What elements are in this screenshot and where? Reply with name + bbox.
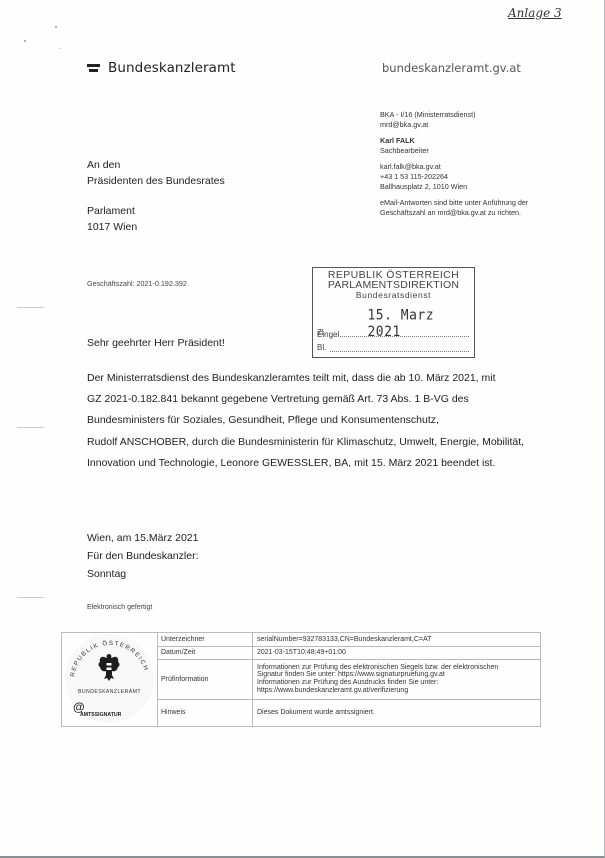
official-seal: REPUBLIK ÖSTERREICH BUNDESKANZLERAMT @ A… bbox=[62, 633, 158, 726]
scan-speck bbox=[55, 26, 57, 28]
reply-note: eMail-Antworten sind bitte unter Anführu… bbox=[380, 198, 528, 207]
handwritten-annotation: Anlage 3 bbox=[508, 6, 562, 20]
reply-note: Geschäftszahl an mrd@bka.gv.at zu richte… bbox=[380, 208, 521, 217]
signature-row-verification: Prüfinformation Informationen zur Prüfun… bbox=[157, 659, 540, 700]
eagle-coat-of-arms-icon bbox=[97, 651, 121, 683]
stamp-bl-label: Bl. bbox=[317, 343, 326, 352]
row-value: Dieses Dokument wurde amtssigniert. bbox=[253, 699, 540, 726]
signature-table: REPUBLIK ÖSTERREICH BUNDESKANZLERAMT @ A… bbox=[61, 632, 541, 727]
row-value: Informationen zur Prüfung des elektronis… bbox=[253, 659, 540, 699]
stamp-zl-label: Zl. bbox=[317, 328, 326, 337]
body-line: GZ 2021-0.182.841 bekannt gegebene Vertr… bbox=[87, 389, 605, 410]
recipient-line: An den bbox=[87, 159, 120, 171]
body-line: Bundesministers für Soziales, Gesundheit… bbox=[87, 410, 605, 431]
bka-logo-icon bbox=[87, 64, 100, 73]
row-key: Unterzeichner bbox=[157, 633, 253, 646]
sender-department: BKA - I/16 (Ministerratsdienst) bbox=[380, 110, 475, 119]
signer-name: Sonntag bbox=[87, 565, 198, 583]
signature-row-signer: Unterzeichner serialNumber=932783133,CN=… bbox=[157, 633, 540, 647]
salutation: Sehr geehrter Herr Präsident! bbox=[87, 337, 225, 349]
row-value: serialNumber=932783133,CN=Bundeskanzlera… bbox=[253, 633, 540, 646]
verification-line: Signatur finden Sie unter: https://www.s… bbox=[257, 671, 498, 679]
body-line: Innovation und Technologie, Leonore GEWE… bbox=[87, 453, 605, 474]
reference-number: Geschäftszahl: 2021-0.192.392 bbox=[87, 279, 187, 288]
receipt-stamp: REPUBLIK ÖSTERREICH PARLAMENTSDIREKTION … bbox=[312, 267, 475, 358]
body-line: Rudolf ANSCHOBER, durch die Bundesminist… bbox=[87, 432, 605, 453]
body-line: Der Ministerratsdienst des Bundeskanzler… bbox=[87, 368, 605, 389]
row-key: Hinweis bbox=[157, 699, 253, 726]
stamp-bl-row: Bl. bbox=[317, 343, 469, 352]
stamp-zl-row: Zl. bbox=[317, 328, 469, 337]
fold-mark bbox=[17, 307, 44, 308]
seal-org-text: BUNDESKANZLERAMT bbox=[62, 689, 157, 695]
sender-block: BKA - I/16 (Ministerratsdienst) mrd@bka.… bbox=[380, 110, 528, 224]
website-url: bundeskanzleramt.gv.at bbox=[382, 61, 521, 75]
stamp-dotted-line bbox=[330, 328, 469, 337]
verification-line: Informationen zur Prüfung des elektronis… bbox=[257, 664, 498, 672]
bka-logo: Bundeskanzleramt bbox=[87, 60, 236, 76]
amtssignatur-badge: AMTSSIGNATUR bbox=[80, 712, 121, 718]
sender-department-email: mrd@bka.gv.at bbox=[380, 120, 428, 129]
handwritten-text: Anlage 3 bbox=[508, 6, 562, 20]
recipient-line: 1017 Wien bbox=[87, 221, 137, 233]
stamp-dotted-line bbox=[330, 343, 469, 352]
fold-mark bbox=[17, 597, 44, 598]
stamp-line: PARLAMENTSDIREKTION bbox=[313, 280, 474, 290]
recipient-line: Präsidenten des Bundesrates bbox=[87, 175, 225, 187]
verification-line: Informationen zur Prüfung des Ausdrucks … bbox=[257, 679, 498, 687]
on-behalf: Für den Bundeskanzler: bbox=[87, 547, 198, 565]
closing-block: Wien, am 15.März 2021 Für den Bundeskanz… bbox=[87, 529, 198, 583]
stamp-line: Bundesratsdienst bbox=[313, 290, 474, 300]
scan-speck bbox=[60, 48, 61, 49]
sender-phone: +43 1 53 115-202264 bbox=[380, 172, 448, 181]
sender-name: Karl FALK bbox=[380, 136, 415, 145]
row-key: Prüfinformation bbox=[157, 659, 253, 699]
electronically-signed-note: Elektronisch gefertigt bbox=[87, 604, 152, 611]
sender-email: karl.falk@bka.gv.at bbox=[380, 162, 441, 171]
sender-address: Ballhausplatz 2, 1010 Wien bbox=[380, 182, 467, 191]
place-date: Wien, am 15.März 2021 bbox=[87, 529, 198, 547]
fold-mark bbox=[17, 427, 44, 428]
letter-body: Der Ministerratsdienst des Bundeskanzler… bbox=[87, 368, 605, 474]
letter-page: Anlage 3 Bundeskanzleramt bundeskanzlera… bbox=[0, 0, 605, 858]
signature-row-datetime: Datum/Zeit 2021-03-15T10:48:49+01:00 bbox=[157, 646, 540, 660]
scan-speck bbox=[24, 40, 26, 42]
logo-text: Bundeskanzleramt bbox=[108, 60, 236, 76]
recipient-line: Parlament bbox=[87, 205, 135, 217]
row-value: 2021-03-15T10:48:49+01:00 bbox=[253, 646, 540, 659]
sender-role: Sachbearbeiter bbox=[380, 146, 429, 155]
row-key: Datum/Zeit bbox=[157, 646, 253, 659]
verification-line: https://www.bundeskanzleramt.gv.at/verif… bbox=[257, 687, 498, 695]
recipient-address: An den Präsidenten des Bundesrates Parla… bbox=[87, 157, 225, 249]
signature-row-note: Hinweis Dieses Dokument wurde amtssignie… bbox=[157, 699, 540, 726]
